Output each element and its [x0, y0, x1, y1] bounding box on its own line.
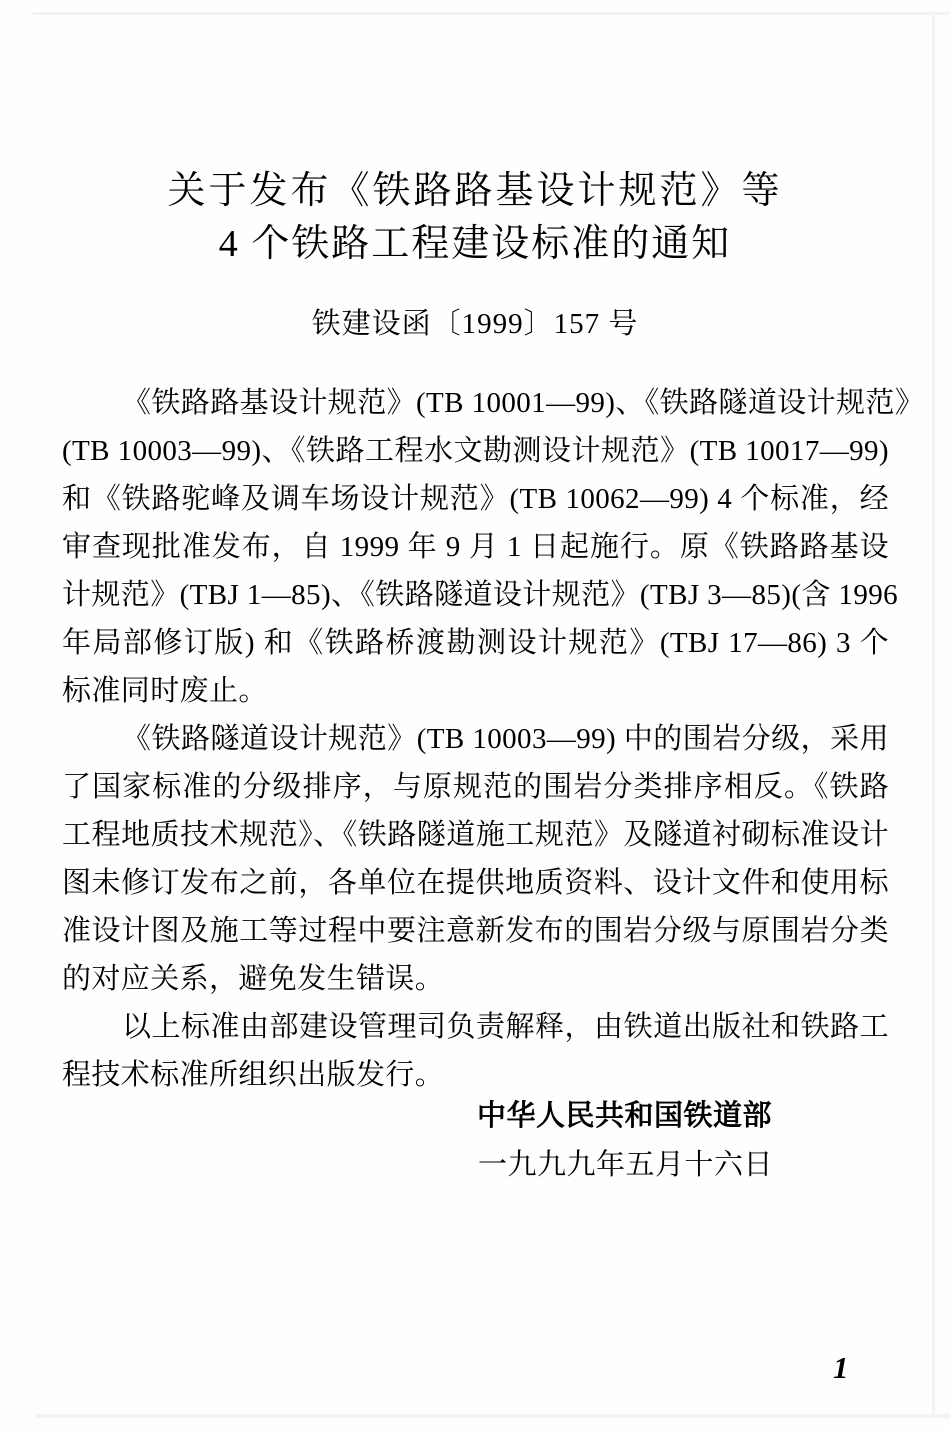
- document-number: 铁建设函〔1999〕157 号: [0, 304, 950, 344]
- body-line: 以上标准由部建设管理司负责解释，由铁道出版社和铁路工: [62, 1003, 889, 1051]
- body-line: 标准同时废止。: [62, 667, 889, 715]
- body-line: 图未修订发布之前，各单位在提供地质资料、设计文件和使用标: [62, 859, 889, 907]
- page-number: 1: [833, 1349, 849, 1387]
- body-line: 工程地质技术规范》、《铁路隧道施工规范》及隧道衬砌标准设计: [62, 811, 889, 859]
- body-line: 年局部修订版) 和《铁路桥渡勘测设计规范》(TBJ 17—86) 3 个: [62, 619, 889, 667]
- scanned-document-page: 关于发布《铁路路基设计规范》等 4 个铁路工程建设标准的通知 铁建设函〔1999…: [0, 0, 950, 1429]
- body-line: 审查现批准发布，自 1999 年 9 月 1 日起施行。原《铁路路基设: [62, 523, 889, 571]
- body-line: 准设计图及施工等过程中要注意新发布的围岩分级与原围岩分类: [62, 907, 889, 955]
- scan-edge-bottom: [35, 1414, 950, 1418]
- signature-date: 一九九九年五月十六日: [478, 1145, 773, 1185]
- body-line: 了国家标准的分级排序，与原规范的围岩分类排序相反。《铁路: [62, 763, 889, 811]
- body-line: 计规范》(TBJ 1—85)、《铁路隧道设计规范》(TBJ 3—85)(含 19…: [62, 571, 889, 619]
- body-line: (TB 10003—99)、《铁路工程水文勘测设计规范》(TB 10017—99…: [62, 427, 889, 475]
- document-body: 《铁路路基设计规范》(TB 10001—99)、《铁路隧道设计规范》 (TB 1…: [62, 379, 889, 1099]
- body-line: 和《铁路驼峰及调车场设计规范》(TB 10062—99) 4 个标准，经: [62, 475, 889, 523]
- signature-organization: 中华人民共和国铁道部: [477, 1096, 772, 1136]
- body-line: 程技术标准所组织出版发行。: [62, 1051, 889, 1099]
- scan-edge-top: [33, 12, 950, 15]
- document-title-line2: 4 个铁路工程建设标准的通知: [0, 221, 950, 267]
- document-title-line1: 关于发布《铁路路基设计规范》等: [0, 168, 950, 214]
- body-line: 《铁路路基设计规范》(TB 10001—99)、《铁路隧道设计规范》: [62, 379, 889, 427]
- body-line: 的对应关系，避免发生错误。: [62, 955, 889, 1003]
- body-line: 《铁路隧道设计规范》(TB 10003—99) 中的围岩分级，采用: [62, 715, 889, 763]
